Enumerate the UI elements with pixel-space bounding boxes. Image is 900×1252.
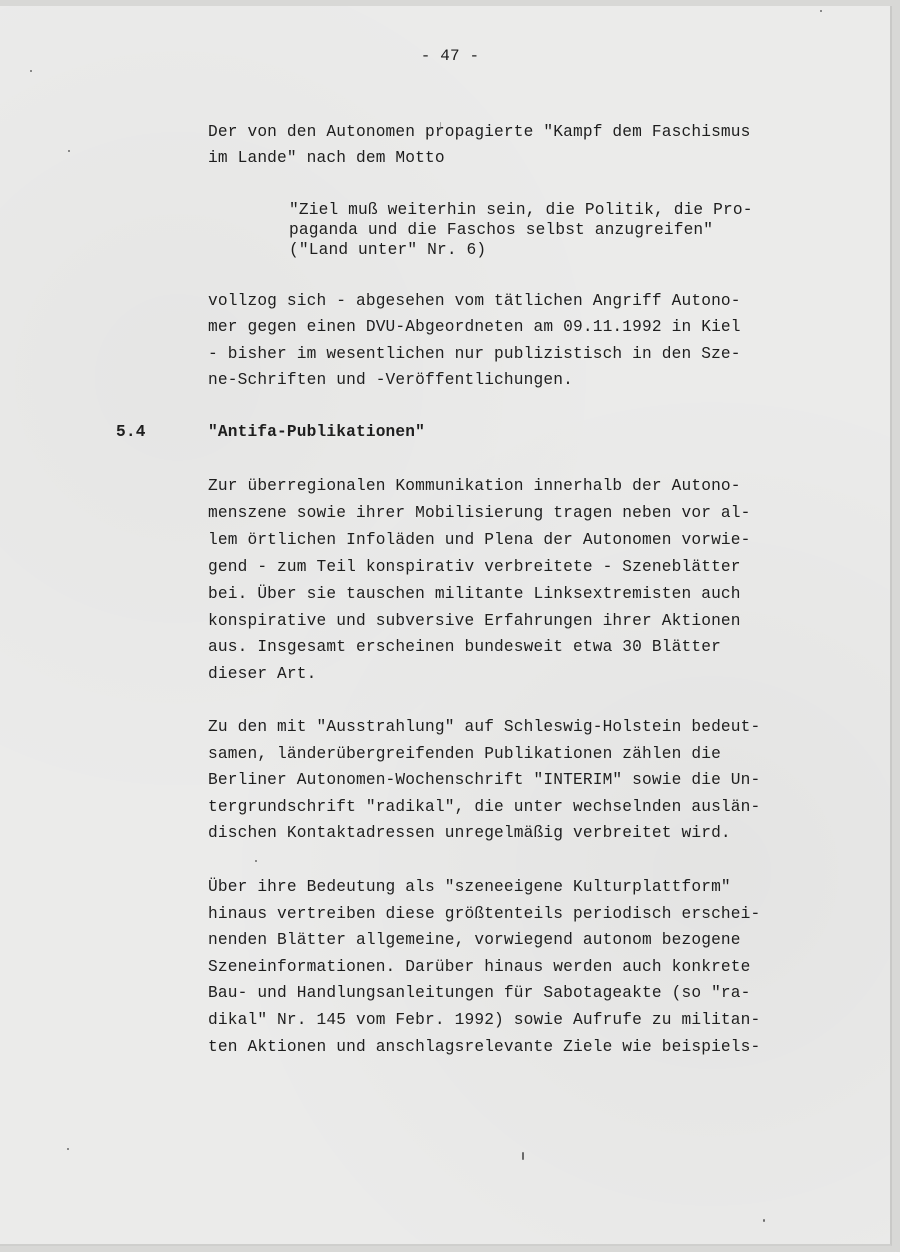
text-line: ne-Schriften und -Veröffentlichungen. (208, 367, 741, 393)
block-quote: "Ziel muß weiterhin sein, die Politik, d… (289, 201, 753, 260)
paragraph-2: Zur überregionalen Kommunikation innerha… (208, 473, 751, 688)
text-line: "Ziel muß weiterhin sein, die Politik, d… (289, 201, 753, 221)
text-line: ten Aktionen und anschlagsrelevante Ziel… (208, 1034, 760, 1061)
page-number: - 47 - (0, 47, 900, 65)
section-number: 5.4 (116, 423, 146, 441)
text-line: samen, länderübergreifenden Publikatione… (208, 741, 760, 768)
text-line: tergrundschrift "radikal", die unter wec… (208, 794, 760, 821)
paragraph-1: vollzog sich - abgesehen vom tätlichen A… (208, 288, 741, 394)
text-line: gend - zum Teil konspirativ verbreitete … (208, 554, 751, 581)
scan-speck (763, 1219, 765, 1222)
intro-paragraph: Der von den Autonomen propagierte "Kampf… (208, 119, 751, 172)
paragraph-3: Zu den mit "Ausstrahlung" auf Schleswig-… (208, 714, 760, 847)
scan-speck (820, 10, 822, 12)
text-line: hinaus vertreiben diese größtenteils per… (208, 901, 760, 928)
text-line: lem örtlichen Infoläden und Plena der Au… (208, 527, 751, 554)
scan-speck (255, 860, 257, 862)
text-line: Der von den Autonomen propagierte "Kampf… (208, 119, 751, 145)
text-line: Zur überregionalen Kommunikation innerha… (208, 473, 751, 500)
text-line: mer gegen einen DVU-Abgeordneten am 09.1… (208, 314, 741, 340)
section-title: "Antifa-Publikationen" (208, 423, 425, 441)
text-line: dieser Art. (208, 661, 751, 688)
paragraph-4: Über ihre Bedeutung als "szeneeigene Kul… (208, 874, 760, 1060)
text-line: dischen Kontaktadressen unregelmäßig ver… (208, 820, 760, 847)
text-line: nenden Blätter allgemeine, vorwiegend au… (208, 927, 760, 954)
text-line: Zu den mit "Ausstrahlung" auf Schleswig-… (208, 714, 760, 741)
text-line: dikal" Nr. 145 vom Febr. 1992) sowie Auf… (208, 1007, 760, 1034)
text-line: Über ihre Bedeutung als "szeneeigene Kul… (208, 874, 760, 901)
text-line: Bau- und Handlungsanleitungen für Sabota… (208, 980, 760, 1007)
scan-speck (30, 70, 32, 72)
text-line: Berliner Autonomen-Wochenschrift "INTERI… (208, 767, 760, 794)
scan-speck (440, 122, 441, 130)
text-line: ("Land unter" Nr. 6) (289, 241, 753, 261)
text-line: - bisher im wesentlichen nur publizistis… (208, 341, 741, 367)
text-line: im Lande" nach dem Motto (208, 145, 751, 171)
text-line: bei. Über sie tauschen militante Linksex… (208, 581, 751, 608)
text-line: vollzog sich - abgesehen vom tätlichen A… (208, 288, 741, 314)
scan-speck (67, 1148, 69, 1150)
text-line: menszene sowie ihrer Mobilisierung trage… (208, 500, 751, 527)
text-line: aus. Insgesamt erscheinen bundesweit etw… (208, 634, 751, 661)
text-line: konspirative und subversive Erfahrungen … (208, 608, 751, 635)
text-line: paganda und die Faschos selbst anzugreif… (289, 221, 753, 241)
text-line: Szeneinformationen. Darüber hinaus werde… (208, 954, 760, 981)
scan-speck (68, 150, 70, 152)
scan-speck (522, 1152, 524, 1160)
